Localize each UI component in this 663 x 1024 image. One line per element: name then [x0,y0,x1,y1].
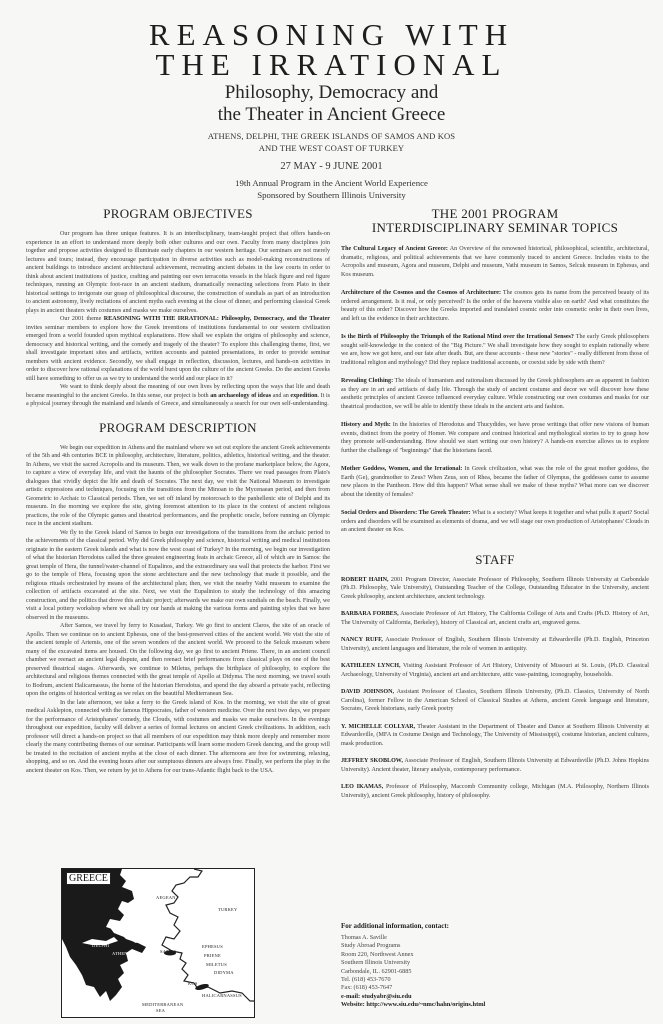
text: and an [271,393,290,399]
contact-office: Study Abroad Programs [341,942,591,950]
archaeology-bold: an archaeology of ideas [210,393,271,399]
staff-member: Y. MICHELLE COLLYAR, Theater Assistant i… [341,723,649,749]
contact-heading: For additional information, contact: [341,922,591,931]
description-heading: PROGRAM DESCRIPTION [26,421,330,435]
contact-website[interactable]: Website: http://www.siu.edu/~nmc/hahn/or… [341,1001,591,1010]
map-title: GREECE [66,872,111,885]
label-delphi: DELPHI [92,943,109,948]
seminar-topic: Architecture of the Cosmos and the Cosmo… [341,289,649,323]
contact-name: Thomas A. Saville [341,934,591,942]
objectives-paragraph-3: We want to think deeply about the meanin… [26,383,330,409]
objectives-paragraph-2: Our 2001 theme REASONING WITH THE IRRATI… [26,315,330,383]
seminar-heading-line-2: INTERDISCIPLINARY SEMINAR TOPICS [341,221,649,235]
label-ephesus: EPHESUS [202,944,223,949]
contact-fax: Fax: (618) 453-7647 [341,984,591,992]
sponsor-line: Sponsored by Southern Illinois Universit… [0,190,663,202]
staff-member: KATHLEEN LYNCH, Visiting Assistant Profe… [341,662,649,679]
objectives-heading: PROGRAM OBJECTIVES [26,207,330,221]
contact-university: Southern Illinois University [341,959,591,967]
description-paragraph-1: We begin our expedition in Athens and th… [26,444,330,529]
title-line-1: REASONING WITH [0,20,663,50]
label-halicarnassus: HALICARNASSUS [202,993,242,998]
topic-title: Mother Goddess, Women, and the Irrationa… [341,466,462,472]
objectives-paragraph-1: Our program has three unique features. I… [26,230,330,315]
topic-title: The Cultural Legacy of Ancient Greece: [341,246,448,252]
label-samos: SAMOS [160,949,177,954]
label-athens: ATHENS [112,951,130,956]
topic-title: Is the Birth of Philosophy the Triumph o… [341,334,574,340]
staff-name: Y. MICHELLE COLLYAR, [341,724,415,730]
staff-name: LEO IKAMAS, [341,784,383,790]
seminar-topic: The Cultural Legacy of Ancient Greece: A… [341,245,649,279]
label-miletus: MILETUS [206,962,227,967]
staff-member: DAVID JOHNSON, Assistant Professor of Cl… [341,688,649,714]
text: Our 2001 theme [60,316,104,322]
title-line-2: THE IRRATIONAL [0,50,663,80]
seminar-topic: Is the Birth of Philosophy the Triumph o… [341,333,649,367]
right-column: THE 2001 PROGRAM INTERDISCIPLINARY SEMIN… [341,207,649,800]
staff-name: JEFFREY SKOBLOW, [341,758,403,764]
subtitle-line-1: Philosophy, Democracy and [0,82,663,104]
contact-room: Room 220, Northwest Annex [341,951,591,959]
subtitle-line-2: the Theater in Ancient Greece [0,104,663,126]
staff-member: ROBERT HAHN, 2001 Program Director, Asso… [341,576,649,602]
label-didyma: DIDYMA [214,970,234,975]
staff-member: BARBARA FORBES, Associate Professor of A… [341,610,649,627]
seminar-topic: Revealing Clothing: The ideals of humani… [341,377,649,411]
label-sea: SEA [156,1008,165,1013]
document-header: REASONING WITH THE IRRATIONAL Philosophy… [0,0,663,201]
staff-bio: Professor of Philosophy, Maccomb Communi… [341,784,649,799]
contact-city: Carbondale, IL. 62901-6885 [341,968,591,976]
program-dates: 27 MAY - 9 JUNE 2001 [0,161,663,172]
label-turkey: TURKEY [218,907,237,912]
label-aegean: AEGEAN [156,895,176,900]
annual-program-line: 19th Annual Program in the Ancient World… [0,178,663,190]
locations-line-1: ATHENS, DELPHI, THE GREEK ISLANDS OF SAM… [0,130,663,142]
label-mediterranean: MEDITERRANEAN [142,1002,183,1007]
seminar-topic: History and Myth: In the histories of He… [341,421,649,455]
topic-title: Revealing Clothing: [341,378,393,384]
left-column: PROGRAM OBJECTIVES Our program has three… [26,207,330,775]
contact-phone: Tel. (618) 453-7670 [341,976,591,984]
contact-block: For additional information, contact: Tho… [341,922,591,1010]
seminar-topic: Social Orders and Disorders: The Greek T… [341,509,649,535]
staff-bio: Associate Professor of English, Southern… [341,637,649,652]
topic-title: History and Myth: [341,422,391,428]
theme-bold: REASONING WITH THE IRRATIONAL: Philosoph… [104,316,330,322]
description-paragraph-4: In the late afternoon, we take a ferry t… [26,699,330,776]
greece-map: GREECE AEGEAN TURKEY DELPHI ATHENS SAMOS… [61,868,255,1018]
sponsor-info: 19th Annual Program in the Ancient World… [0,178,663,201]
seminar-topic: Mother Goddess, Women, and the Irrationa… [341,465,649,499]
staff-name: KATHLEEN LYNCH, [341,663,401,669]
topic-title: Social Orders and Disorders: The Greek T… [341,510,471,516]
staff-member: LEO IKAMAS, Professor of Philosophy, Mac… [341,783,649,800]
staff-member: JEFFREY SKOBLOW, Associate Professor of … [341,757,649,774]
staff-name: ROBERT HAHN, [341,577,389,583]
staff-member: NANCY RUFF, Associate Professor of Engli… [341,636,649,653]
topic-title: Architecture of the Cosmos and the Cosmo… [341,290,501,296]
label-kos: KOS [188,981,198,986]
description-paragraph-3: After Samos, we travel by ferry to Kusad… [26,622,330,699]
staff-name: BARBARA FORBES, [341,611,399,617]
description-paragraph-2: We fly to the Greek island of Samos to b… [26,529,330,623]
staff-name: NANCY RUFF, [341,637,383,643]
locations: ATHENS, DELPHI, THE GREEK ISLANDS OF SAM… [0,130,663,154]
seminar-heading-line-1: THE 2001 PROGRAM [341,207,649,221]
staff-name: DAVID JOHNSON, [341,689,394,695]
text: invites seminar members to explore how t… [26,325,330,382]
locations-line-2: AND THE WEST COAST OF TURKEY [0,142,663,154]
contact-email[interactable]: e-mail: studyabr@siu.edu [341,993,591,1002]
expedition-bold: expedition [290,393,317,399]
label-priene: PRIENE [204,953,221,958]
staff-heading: STAFF [341,553,649,567]
